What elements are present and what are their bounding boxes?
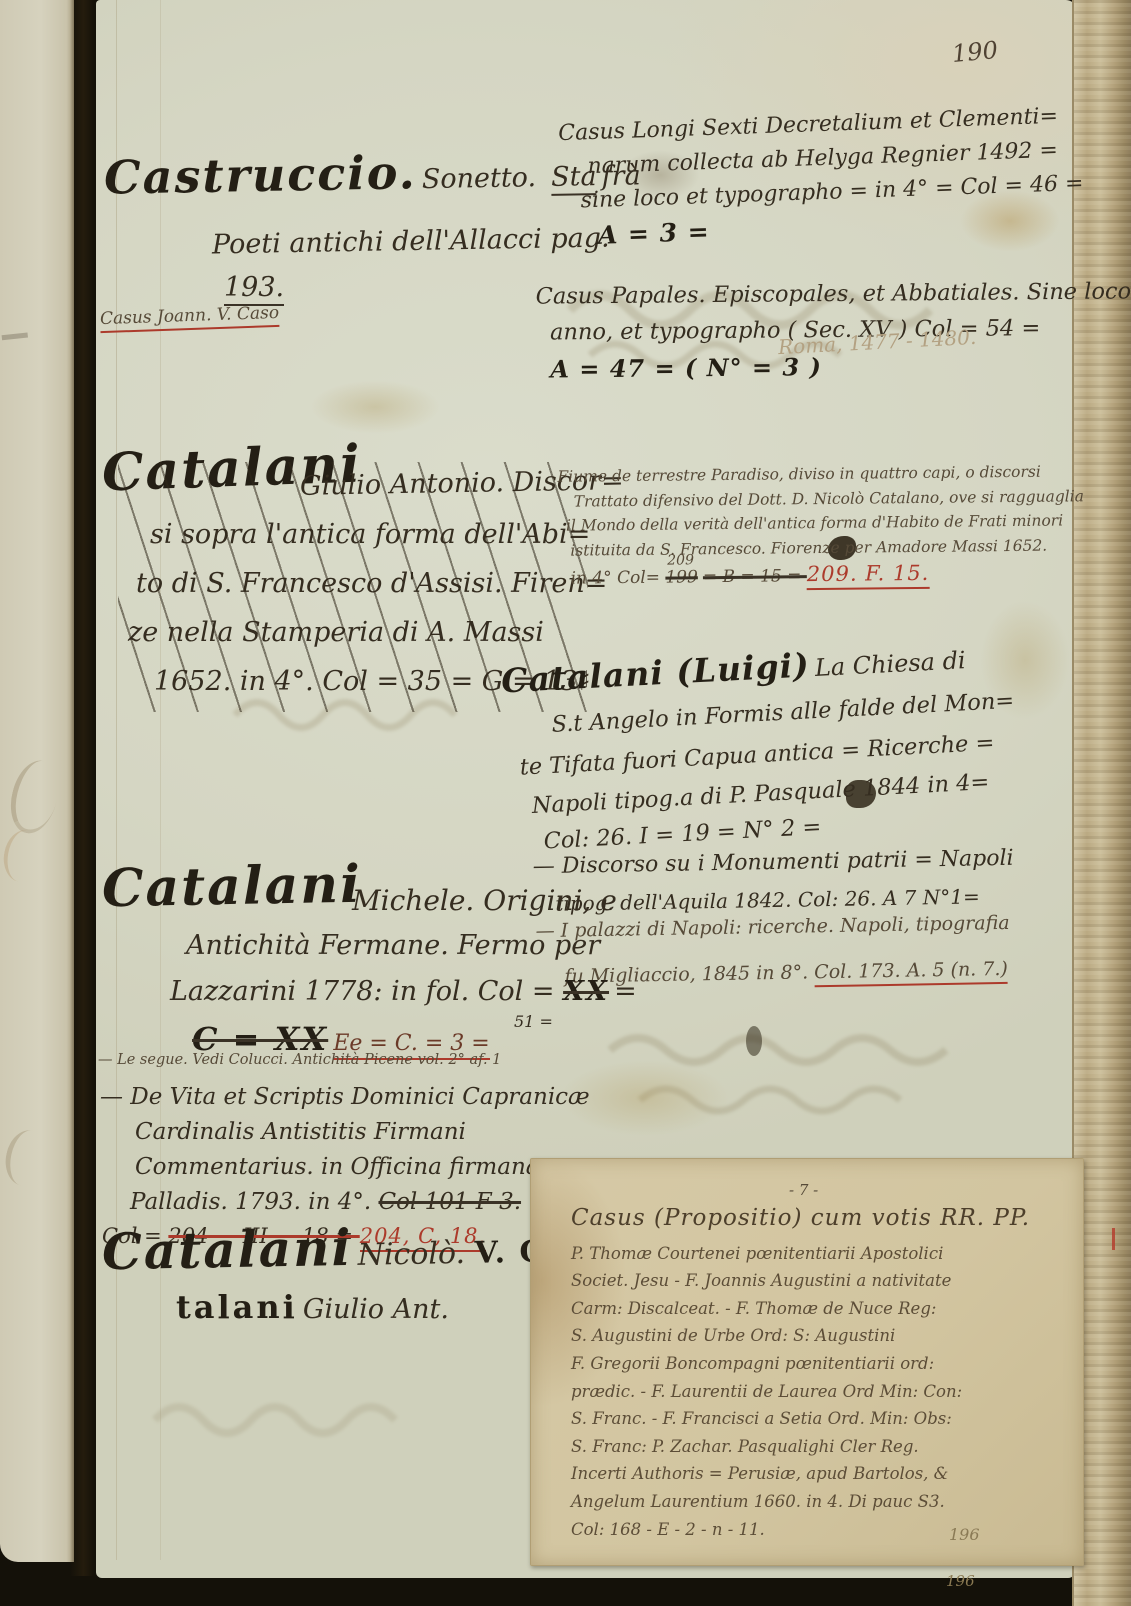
- slip-line: Angelum Laurentium 1660. in 4. Di pauc S…: [571, 1488, 1030, 1516]
- note-fiume-paradiso: Fiume de terrestre Paradiso, diviso in q…: [557, 459, 1084, 589]
- previous-page-edge: [0, 0, 74, 1562]
- page-reference: 193.: [224, 272, 284, 306]
- entry-text: Michele. Origini, e: [352, 884, 617, 917]
- entry-line: — De Vita et Scriptis Dominici Capranicæ: [100, 1080, 590, 1115]
- entry-catalani-nicolo-line2: talani Giulio Ant.: [176, 1288, 449, 1326]
- entry-headword: Castruccio.: [104, 145, 418, 204]
- entry-line: Cardinalis Antistitis Firmani: [135, 1115, 590, 1150]
- slip-line: S. Franc: P. Zachar. Pasqualighi Cler Re…: [571, 1433, 1030, 1461]
- margin-rule-line: [160, 0, 161, 1560]
- folio-number: 190: [951, 36, 999, 68]
- struck-shelfmark: Col 101 F 3.: [378, 1189, 521, 1215]
- entry-line: to di S. Francesco d'Assisi. Firen=: [136, 559, 607, 608]
- entry-text: Giulio Ant.: [303, 1294, 449, 1325]
- entry-line: si sopra l'antica forma dell'Abi=: [150, 510, 607, 559]
- entry-line: Casus Papales. Episcopales, et Abbatiale…: [536, 273, 1131, 314]
- slip-line: F. Gregorii Boncompagni pœnitentiarii or…: [571, 1350, 1030, 1378]
- entry-line: Lazzarini 1778: in fol. Col = XX =: [170, 976, 637, 1007]
- slip-line: Incerti Authoris = Perusiæ, apud Bartolo…: [571, 1460, 1030, 1488]
- slip-header-number: - 7 -: [789, 1181, 818, 1199]
- slip-line: Carm: Discalceat. - F. Thomæ de Nuce Reg…: [571, 1295, 1030, 1323]
- entry-text: Sonetto.: [422, 162, 537, 195]
- slip-corner-number: 196: [949, 1525, 980, 1544]
- entry-casus-papales: Casus Papales. Episcopales, et Abbatiale…: [536, 273, 1131, 388]
- below-slip-number: 196: [946, 1572, 975, 1590]
- struck-shelfmark: = B = 15 =: [703, 566, 807, 587]
- slip-line: Casus (Propositio) cum votis RR. PP.: [571, 1205, 1030, 1233]
- struck-shelfmark: XX: [563, 976, 609, 1007]
- entry-catalani-nicolo: Catalani Nicolò. V. Ca=: [102, 1214, 595, 1282]
- corrected-number: 199 209: [665, 567, 703, 586]
- slip-line: P. Thomæ Courtenei pœnitentiarii Apostol…: [571, 1240, 1030, 1268]
- entry-text: La Chiesa di: [814, 646, 966, 682]
- entry-castruccio-line3: 193.: [224, 272, 284, 303]
- superscript-correction: 209: [667, 552, 694, 568]
- entry-text: Lazzarini 1778: in fol. Col =: [170, 976, 563, 1007]
- entry-text: =: [614, 976, 637, 1007]
- red-edge-mark: [1112, 1228, 1115, 1250]
- margin-rule-line: [116, 0, 117, 1560]
- note-text: in 4° Col=: [570, 568, 665, 589]
- entry-line: S.t Angelo in Formis alle falde del Mon=: [551, 688, 1015, 738]
- entry-line: ze nella Stamperia di A. Massi: [128, 608, 607, 657]
- red-shelfmark: 209. F. 15.: [807, 561, 930, 590]
- entry-text: Palladis. 1793. in 4°.: [130, 1189, 378, 1215]
- pasted-slip: - 7 - Casus (Propositio) cum votis RR. P…: [530, 1158, 1084, 1566]
- note-line: istituita da S. Francesco. Fiorenze per …: [570, 533, 1084, 563]
- slip-text-block: Casus (Propositio) cum votis RR. PP. P. …: [571, 1205, 1030, 1543]
- entry-catalani-luigi: Catalani (Luigi) La Chiesa di S.t Angelo…: [500, 635, 1021, 856]
- slip-line: prædic. - F. Laurentii de Laurea Ord Min…: [571, 1378, 1030, 1406]
- manuscript-photo: 190 Castruccio. Sonetto. Sta frà Poeti a…: [0, 0, 1131, 1606]
- see-reference-bold: talani: [176, 1288, 298, 1326]
- entry-line: Antichità Fermane. Fermo per: [186, 930, 600, 961]
- entry-headword: Catalani: [101, 854, 362, 920]
- entry-headword: Catalani: [102, 1218, 353, 1281]
- red-underlined-shelfmark: Col. 173. A. 5 (n. 7.): [814, 958, 1008, 987]
- slip-line: S. Augustini de Urbe Ord: S: Augustini: [571, 1322, 1030, 1350]
- slip-line: S. Franc. - F. Francisci a Setia Ord. Mi…: [571, 1405, 1030, 1433]
- sub-shelfmark: 51 =: [514, 1012, 553, 1031]
- entry-line: Commentarius. in Officina firmana: [135, 1150, 590, 1185]
- struck-number: 199: [665, 567, 698, 587]
- entry-casus-longi: Casus Longi Sexti Decretalium et Clement…: [558, 99, 1086, 255]
- slip-line: Societ. Jesu - F. Joannis Augustini a na…: [571, 1267, 1030, 1295]
- entry-text: Nicolò.: [357, 1236, 475, 1273]
